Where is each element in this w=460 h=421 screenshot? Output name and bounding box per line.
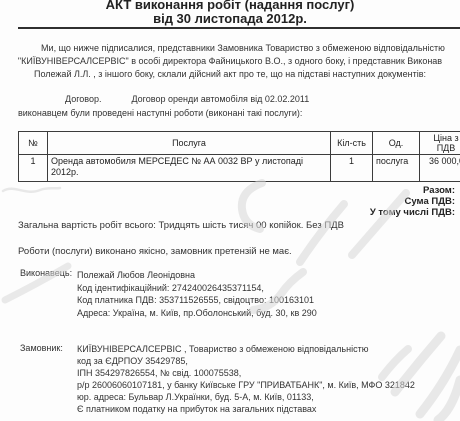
executor-vat-code: Код платника ПДВ: 353711526555, свідоцтв… [77,294,317,307]
works-note: виконавцем були проведені наступні робот… [18,108,302,118]
totals-block: Разом: Сума ПДВ: У тому числі ПДВ: [370,185,455,218]
cell-service: Оренда автомобиля МЕРСЕДЕС № АА 0032 ВР … [48,155,331,182]
intro-line: "КИЇВУНІВЕРСАЛСЕРВІС" в особі директора … [0,55,460,68]
services-table: № Послуга Кіл-сть Од. Ціна з ПДВ С 1 Оре… [18,131,460,182]
cell-price: 36 000,00 [420,155,460,182]
quality-statement: Роботи (послуги) виконано якісно, замовн… [18,246,292,257]
contract-label: Договор. [65,94,101,104]
total-u-tomu-chysli-pdv-label: У тому числі ПДВ: [370,207,455,218]
customer-address: юр. адреса: Бульвар Л.Українки, буд. 5-А… [77,391,415,403]
total-suma-pdv-label: Сума ПДВ: [370,196,455,207]
cell-number: 1 [19,155,48,182]
col-header-number: № [19,132,48,155]
customer-name: КИЇВУНІВЕРСАЛСЕРВІС , Товариство з обмеж… [77,343,415,355]
document-title-line2: від 30 листопада 2012р. [0,12,460,26]
customer-bank: р/р 26006060107181, у банку Київське ГРУ… [77,379,415,391]
document-title: АКТ виконання робіт (надання послуг) від… [0,0,460,26]
col-header-service: Послуга [48,132,331,155]
executor-id-code: Код ідентифікаційний: 274240026435371154… [77,282,317,295]
col-header-unit: Од. [373,132,420,155]
executor-label: Виконавець: [20,268,72,278]
intro-line: Ми, що нижче підписалися, представники З… [0,42,460,55]
customer-tax-note: Є платником податку на прибуток на загал… [77,403,415,415]
contract-value: Договор оренди автомобіля від 02.02.2011 [131,94,309,104]
executor-address: Адреса: Україна, м. Київ, пр.Оболонський… [77,307,317,320]
customer-edrpou: код за ЄДРПОУ 35429785, [77,355,415,367]
customer-label: Замовник: [20,343,63,353]
executor-name: Полежай Любов Леонідовна [77,269,317,282]
total-razom-label: Разом: [370,185,455,196]
customer-details: КИЇВУНІВЕРСАЛСЕРВІС , Товариство з обмеж… [77,343,415,415]
cell-unit: послуга [373,155,420,182]
total-amount-words: Загальна вартість робіт всього: Тридцять… [18,220,344,231]
contract-row: Договор. Договор оренди автомобіля від 0… [65,94,309,104]
customer-ipn: ІПН 354297826554, № свід. 100075538, [77,367,415,379]
col-header-quantity: Кіл-сть [331,132,373,155]
intro-paragraph: Ми, що нижче підписалися, представники З… [0,42,460,81]
executor-details: Полежай Любов Леонідовна Код ідентифікац… [77,269,317,319]
table-row: 1 Оренда автомобиля МЕРСЕДЕС № АА 0032 В… [19,155,460,182]
intro-line: Полежай Л.Л. , з іншого боку, склали дій… [0,68,460,81]
col-header-price: Ціна з ПДВ [420,132,460,155]
title-divider [18,27,460,29]
table-header-row: № Послуга Кіл-сть Од. Ціна з ПДВ С [19,132,460,155]
cell-quantity: 1 [331,155,373,182]
